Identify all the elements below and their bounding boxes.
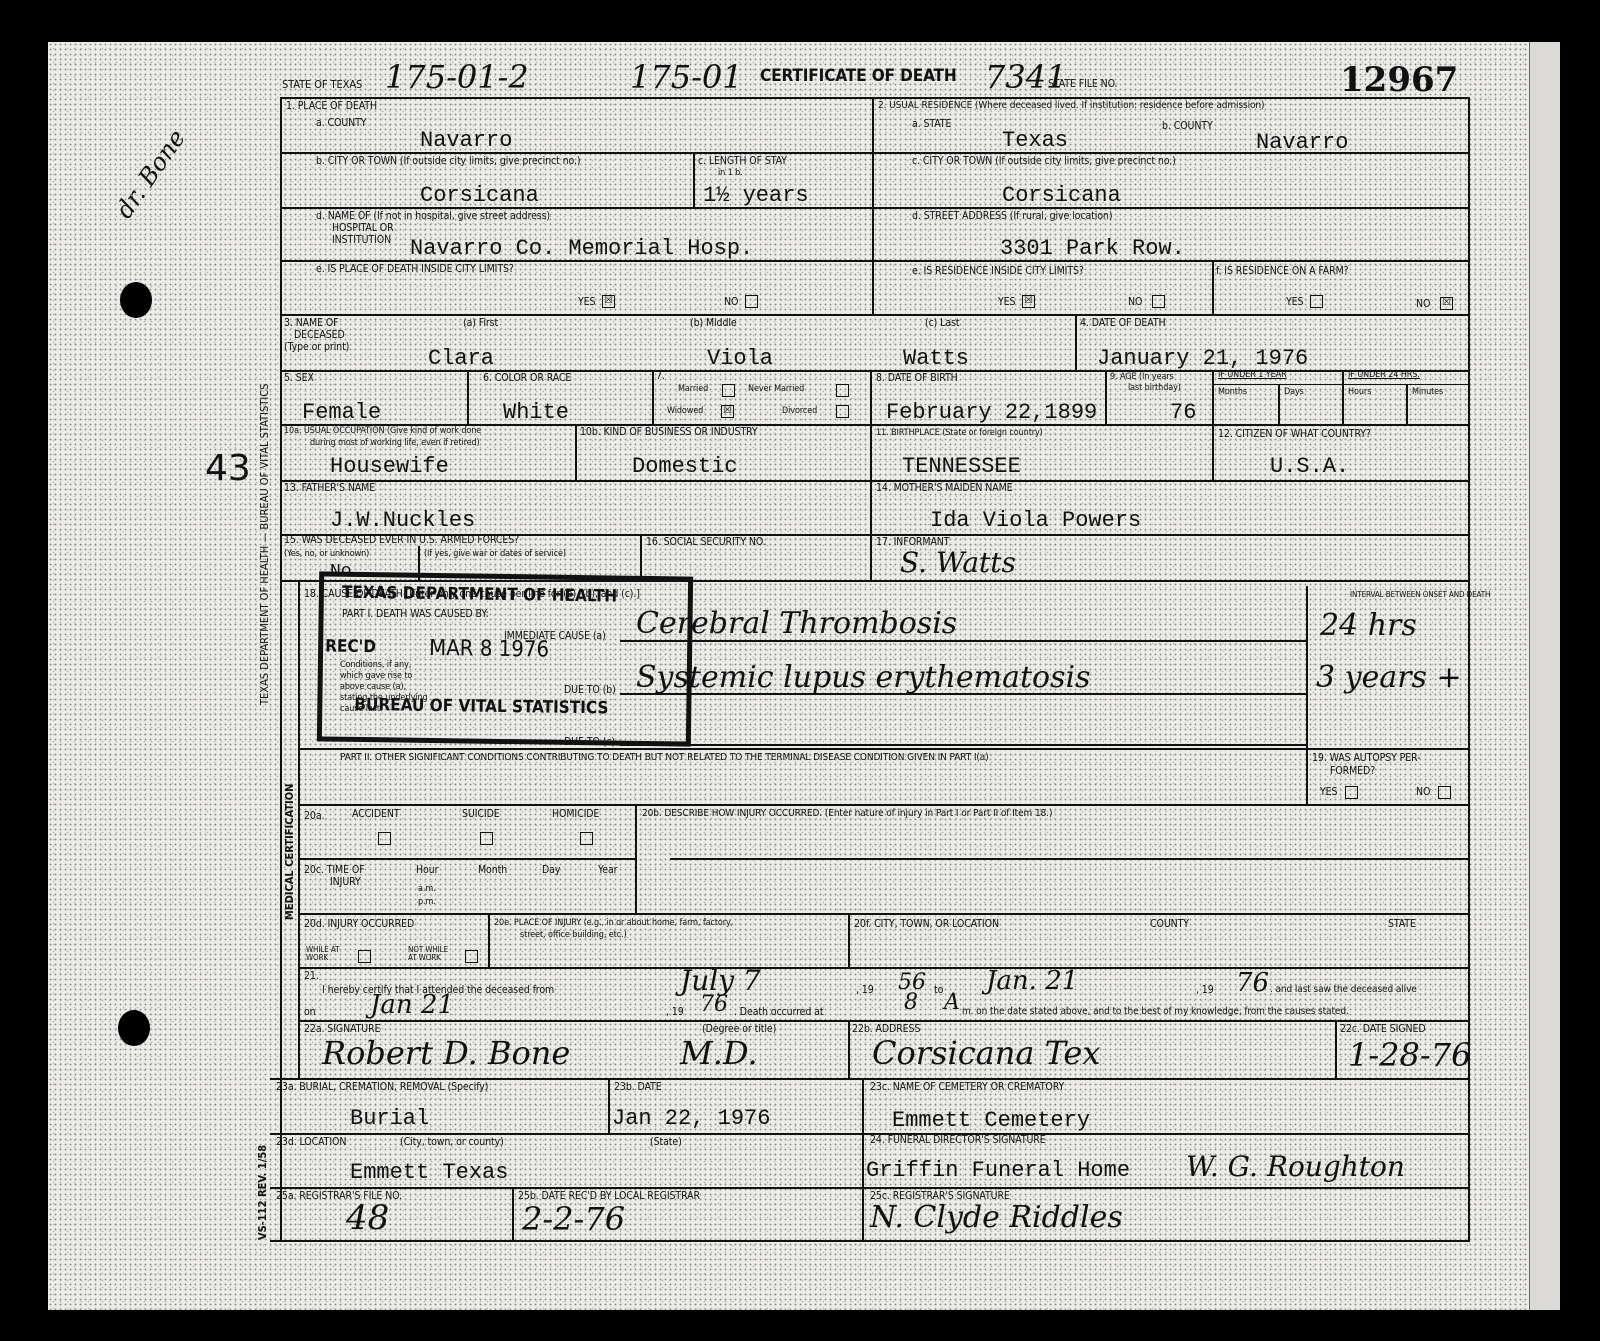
field-label: (b) Middle	[690, 317, 737, 329]
divider	[1212, 260, 1214, 314]
race-field[interactable]: White	[503, 400, 569, 425]
field-label: Hour	[416, 864, 438, 876]
first-name-field[interactable]: Clara	[428, 346, 494, 371]
field-label: in 1 b.	[718, 168, 743, 178]
homicide-checkbox[interactable]	[580, 832, 593, 845]
margin-number: 43	[205, 448, 251, 489]
frame-top	[280, 97, 1470, 99]
months-field[interactable]: Months	[1218, 387, 1247, 397]
minutes-field[interactable]: Minutes	[1412, 387, 1443, 397]
field-label: HOSPITAL OR	[332, 222, 394, 234]
field-label: 2. USUAL RESIDENCE (Where deceased lived…	[878, 100, 1264, 111]
paper-edge	[1529, 42, 1560, 1310]
vertical-agency-text: TEXAS DEPARTMENT OF HEALTH — BUREAU OF V…	[258, 384, 271, 705]
divider	[872, 97, 874, 315]
field-label: , 19	[1196, 984, 1214, 996]
field-label: last birthday)	[1128, 383, 1181, 393]
divider	[1306, 586, 1308, 804]
field-label: Month	[478, 864, 507, 876]
field-label: HOMICIDE	[552, 808, 599, 820]
field-label: 23c. NAME OF CEMETERY OR CREMATORY	[870, 1081, 1064, 1093]
field-label: Divorced	[782, 406, 817, 416]
field-label: m. on the date stated above, and to the …	[962, 1006, 1349, 1017]
field-label: b. CITY OR TOWN (If outside city limits,…	[316, 155, 581, 167]
field-label: INJURY	[330, 876, 361, 888]
frame-left	[280, 97, 282, 1241]
field-label: a. COUNTY	[316, 117, 366, 129]
field-label: 8. DATE OF BIRTH	[876, 372, 958, 384]
rule	[270, 1187, 1470, 1189]
date-of-death-field[interactable]: January 21, 1976	[1097, 346, 1308, 371]
field-label: 5. SEX	[284, 372, 314, 384]
no-label: NO	[724, 296, 738, 308]
autopsy-yes-checkbox[interactable]	[1345, 786, 1358, 799]
yes-label: YES	[1320, 786, 1337, 798]
field-label: 21.	[304, 970, 319, 982]
field-label: IF UNDER 1 YEAR	[1218, 370, 1287, 380]
field-label: (State)	[650, 1136, 682, 1148]
sex-field[interactable]: Female	[302, 400, 381, 425]
field-label: c. CITY OR TOWN (If outside city limits,…	[912, 155, 1176, 167]
divider	[870, 370, 872, 580]
stamp-agency: TEXAS DEPARTMENT OF HEALTH	[342, 583, 617, 607]
last-seen-date[interactable]: Jan 21	[370, 990, 454, 1020]
field-label: 13. FATHER'S NAME	[284, 482, 375, 494]
hospital-field[interactable]: Navarro Co. Memorial Hosp.	[410, 236, 753, 261]
field-label: 16. SOCIAL SECURITY NO.	[646, 536, 766, 548]
accident-checkbox[interactable]	[378, 832, 391, 845]
farm-yes-checkbox[interactable]	[1310, 295, 1323, 308]
burial-location-field[interactable]: Emmett Texas	[350, 1160, 508, 1185]
divider	[467, 370, 469, 424]
divider	[1278, 384, 1280, 424]
citizenship-field[interactable]: U.S.A.	[1270, 454, 1349, 479]
field-label: d. NAME OF (If not in hospital, give str…	[316, 210, 550, 222]
yes-label: YES	[578, 296, 595, 308]
death-city-field[interactable]: Corsicana	[420, 183, 539, 208]
field-label: during most of working life, even if ret…	[310, 438, 480, 448]
registrar-date-field[interactable]: 2-2-76	[522, 1200, 625, 1238]
divider	[575, 424, 577, 480]
field-label: . Death occurred at	[734, 1006, 823, 1018]
street-address-field[interactable]: 3301 Park Row.	[1000, 236, 1185, 261]
punch-hole-icon	[120, 282, 152, 318]
length-of-stay-field[interactable]: 1½ years	[703, 183, 809, 208]
physician-address[interactable]: Corsicana Tex	[872, 1034, 1100, 1072]
never-married-checkbox[interactable]	[836, 384, 849, 397]
industry-field[interactable]: Domestic	[632, 454, 738, 479]
residence-inside-limits-yes-checkbox[interactable]: ☒	[1022, 295, 1035, 308]
field-label: to	[934, 984, 943, 996]
field-label: IF UNDER 24 HRS.	[1348, 370, 1420, 380]
field-label: street, office building, etc.)	[520, 930, 627, 940]
registrar-signature: N. Clyde Riddles	[870, 1200, 1123, 1235]
field-label: Year	[598, 864, 617, 876]
disposition-field[interactable]: Burial	[350, 1106, 429, 1131]
field-label: (Yes, no, or unknown)	[284, 549, 369, 559]
not-while-at-work-checkbox[interactable]	[465, 950, 478, 963]
last-seen-year[interactable]: 76	[700, 992, 728, 1017]
stamp-date: MAR 8 1976	[429, 636, 549, 663]
field-label: 9. AGE (In years	[1110, 372, 1174, 382]
field-label: Widowed	[667, 406, 703, 416]
divider	[640, 534, 642, 580]
field-label: a.m.	[418, 884, 436, 894]
yes-label: YES	[998, 296, 1015, 308]
death-inside-limits-yes-checkbox[interactable]: ☒	[602, 295, 615, 308]
divider	[693, 152, 695, 207]
field-label: 20d. INJURY OCCURRED	[304, 918, 414, 930]
field-label: INTERVAL BETWEEN ONSET AND DEATH	[1350, 590, 1490, 599]
divider	[1406, 384, 1408, 424]
days-field[interactable]: Days	[1284, 387, 1304, 397]
physician-signature: Robert D. Bone	[322, 1034, 570, 1072]
interval-b-field[interactable]: 3 years +	[1316, 660, 1462, 695]
field-label: Day	[542, 864, 560, 876]
field-label: FORMED?	[1330, 765, 1375, 777]
divider	[608, 1078, 610, 1133]
rule	[620, 744, 1306, 746]
rule	[1212, 384, 1470, 385]
funeral-director-signature: W. G. Roughton	[1186, 1150, 1405, 1183]
field-label: 15. WAS DECEASED EVER IN U.S. ARMED FORC…	[284, 534, 519, 546]
physician-degree: M.D.	[680, 1034, 758, 1072]
father-name-field[interactable]: J.W.Nuckles	[330, 508, 475, 533]
field-label: 1. PLACE OF DEATH	[286, 100, 377, 112]
field-label: 4. DATE OF DEATH	[1080, 317, 1166, 329]
field-label: SUICIDE	[462, 808, 500, 820]
hours-field[interactable]: Hours	[1348, 387, 1371, 397]
field-label: , 19	[666, 1006, 684, 1018]
field-label: p.m.	[418, 897, 436, 907]
occupation-field[interactable]: Housewife	[330, 454, 449, 479]
farm-no-checkbox[interactable]: ☒	[1440, 297, 1453, 310]
document-title: CERTIFICATE OF DEATH	[760, 66, 957, 86]
state-file-label: STATE FILE NO.	[1048, 78, 1117, 90]
mother-name-field[interactable]: Ida Viola Powers	[930, 508, 1141, 533]
suicide-checkbox[interactable]	[480, 832, 493, 845]
rule	[298, 858, 635, 860]
field-label: 20c. TIME OF	[304, 864, 365, 876]
field-label: ACCIDENT	[352, 808, 400, 820]
divider	[512, 1187, 514, 1241]
rule	[280, 314, 1470, 316]
middle-name-field[interactable]: Viola	[707, 346, 773, 371]
field-label: PART II. OTHER SIGNIFICANT CONDITIONS CO…	[340, 752, 989, 763]
no-label: NO	[1128, 296, 1142, 308]
handwritten-code: 175-01-2	[385, 58, 529, 96]
divider	[1075, 314, 1077, 370]
due-to-b-field[interactable]: Systemic lupus erythematosis	[636, 660, 1090, 695]
interval-a-field[interactable]: 24 hrs	[1320, 608, 1417, 643]
residence-inside-limits-no-checkbox[interactable]	[1152, 295, 1165, 308]
field-label: NOT WHILE AT WORK	[408, 946, 458, 962]
rule	[298, 804, 1470, 806]
field-label: 23d. LOCATION	[276, 1136, 346, 1148]
field-label: INSTITUTION	[332, 234, 391, 246]
field-label: STATE	[1388, 918, 1416, 930]
divider	[848, 913, 850, 968]
divider	[848, 1020, 850, 1078]
state-file-number: 12967	[1340, 60, 1458, 100]
divider	[1212, 370, 1214, 480]
age-field[interactable]: 76	[1170, 400, 1196, 425]
field-label: (If yes, give war or dates of service)	[424, 549, 566, 559]
while-at-work-checkbox[interactable]	[358, 950, 371, 963]
frame-bottom	[270, 1240, 1470, 1242]
field-label: d. STREET ADDRESS (If rural, give locati…	[912, 210, 1112, 222]
ssn-field[interactable]	[646, 560, 866, 576]
field-label: 22c. DATE SIGNED	[1340, 1023, 1426, 1035]
field-label: 6. COLOR OR RACE	[483, 372, 571, 384]
divider	[652, 370, 654, 424]
rule	[270, 1078, 1470, 1080]
stamp-received: REC'D	[325, 636, 376, 657]
field-label: e. IS RESIDENCE INSIDE CITY LIMITS?	[912, 265, 1084, 277]
field-label: 3. NAME OF	[284, 317, 339, 329]
divider	[862, 1078, 864, 1241]
received-stamp: TEXAS DEPARTMENT OF HEALTH REC'D MAR 8 1…	[317, 571, 693, 746]
due-to-c-field[interactable]	[636, 712, 1296, 740]
medical-cert-divider	[298, 580, 300, 1080]
handwritten-number: 7341	[985, 58, 1066, 96]
birthplace-field[interactable]: TENNESSEE	[902, 454, 1021, 479]
field-label: . and last saw the deceased alive	[1270, 984, 1417, 995]
divider	[1105, 370, 1107, 424]
part2-field[interactable]	[310, 768, 1300, 800]
field-label: (Type or print)	[284, 341, 349, 353]
funeral-home-field[interactable]: Griffin Funeral Home	[866, 1158, 1130, 1183]
field-label: 10a. USUAL OCCUPATION (Give kind of work…	[284, 426, 481, 436]
attended-to-date[interactable]: Jan. 21	[986, 966, 1078, 996]
field-label: 24. FUNERAL DIRECTOR'S SIGNATURE	[870, 1134, 1046, 1146]
death-am-pm[interactable]: A	[944, 990, 960, 1015]
injury-description-field[interactable]	[670, 826, 1460, 854]
field-label: (c) Last	[925, 317, 959, 329]
field-label: 20f. CITY, TOWN, OR LOCATION	[854, 918, 999, 930]
state-label: STATE OF TEXAS	[282, 78, 362, 91]
death-inside-limits-no-checkbox[interactable]	[745, 295, 758, 308]
divider	[488, 913, 490, 968]
field-label: 23b. DATE	[614, 1081, 662, 1093]
registrar-file-number[interactable]: 48	[346, 1198, 389, 1238]
no-label: NO	[1416, 786, 1430, 798]
married-checkbox[interactable]	[722, 384, 735, 397]
widowed-checkbox[interactable]: ☒	[721, 405, 734, 418]
rule	[298, 748, 1470, 750]
field-label: 19. WAS AUTOPSY PER-	[1312, 752, 1421, 764]
rule	[280, 480, 1470, 482]
last-name-field[interactable]: Watts	[903, 346, 969, 371]
death-time[interactable]: 8	[904, 990, 918, 1015]
residence-state-field[interactable]: Texas	[1002, 128, 1068, 153]
residence-county-field[interactable]: Navarro	[1256, 130, 1348, 155]
field-label: DECEASED	[294, 329, 345, 341]
field-label: on	[304, 1006, 316, 1018]
field-label: 20a.	[304, 810, 324, 822]
handwritten-code: 175-01	[630, 58, 743, 96]
field-label: 14. MOTHER'S MAIDEN NAME	[876, 482, 1013, 494]
rule	[670, 858, 1470, 860]
field-label: 10b. KIND OF BUSINESS OR INDUSTRY	[580, 426, 758, 438]
burial-date-field[interactable]: Jan 22, 1976	[612, 1106, 770, 1131]
field-label: Married	[678, 384, 708, 394]
field-label: 20e. PLACE OF INJURY (e.g., in or about …	[494, 918, 733, 928]
field-label: a. STATE	[912, 118, 951, 130]
residence-city-field[interactable]: Corsicana	[1002, 183, 1121, 208]
field-label: COUNTY	[1150, 918, 1189, 930]
form-number: VS-112 REV. 1/58	[256, 1145, 269, 1240]
attended-to-year[interactable]: 76	[1236, 968, 1269, 998]
divider	[1342, 370, 1344, 424]
divider	[1335, 1020, 1337, 1078]
field-label: c. LENGTH OF STAY	[698, 155, 787, 167]
informant-signature: S. Watts	[900, 546, 1016, 579]
divider	[635, 804, 637, 914]
no-label: NO	[1416, 298, 1430, 310]
cemetery-field[interactable]: Emmett Cemetery	[892, 1108, 1090, 1133]
stamp-bureau: BUREAU OF VITAL STATISTICS	[354, 695, 608, 719]
yes-label: YES	[1286, 296, 1303, 308]
autopsy-no-checkbox[interactable]	[1438, 786, 1451, 799]
punch-hole-icon	[118, 1010, 150, 1046]
rule	[298, 967, 1470, 969]
field-label: e. IS PLACE OF DEATH INSIDE CITY LIMITS?	[316, 263, 514, 275]
field-label: 11. BIRTHPLACE (State or foreign country…	[876, 428, 1043, 438]
field-label: 23a. BURIAL, CREMATION, REMOVAL (Specify…	[276, 1081, 488, 1093]
divorced-checkbox[interactable]	[836, 405, 849, 418]
medical-certification-label: MEDICAL CERTIFICATION	[283, 784, 296, 920]
field-label: (a) First	[463, 317, 498, 329]
rule	[298, 913, 1470, 915]
rule	[298, 1020, 1470, 1022]
death-county-field[interactable]: Navarro	[420, 128, 512, 153]
field-label: 7.	[656, 370, 665, 382]
field-label: (City, town, or county)	[400, 1136, 504, 1148]
field-label: WHILE AT WORK	[306, 946, 346, 962]
field-label: 12. CITIZEN OF WHAT COUNTRY?	[1218, 428, 1371, 440]
date-signed-field[interactable]: 1-28-76	[1348, 1036, 1471, 1074]
date-of-birth-field[interactable]: February 22,1899	[886, 400, 1097, 425]
field-label: Never Married	[748, 384, 804, 394]
field-label: b. COUNTY	[1162, 120, 1213, 132]
field-label: f. IS RESIDENCE ON A FARM?	[1216, 265, 1349, 277]
field-label: , 19	[856, 984, 874, 996]
field-label: 20b. DESCRIBE HOW INJURY OCCURRED. (Ente…	[642, 808, 1052, 819]
